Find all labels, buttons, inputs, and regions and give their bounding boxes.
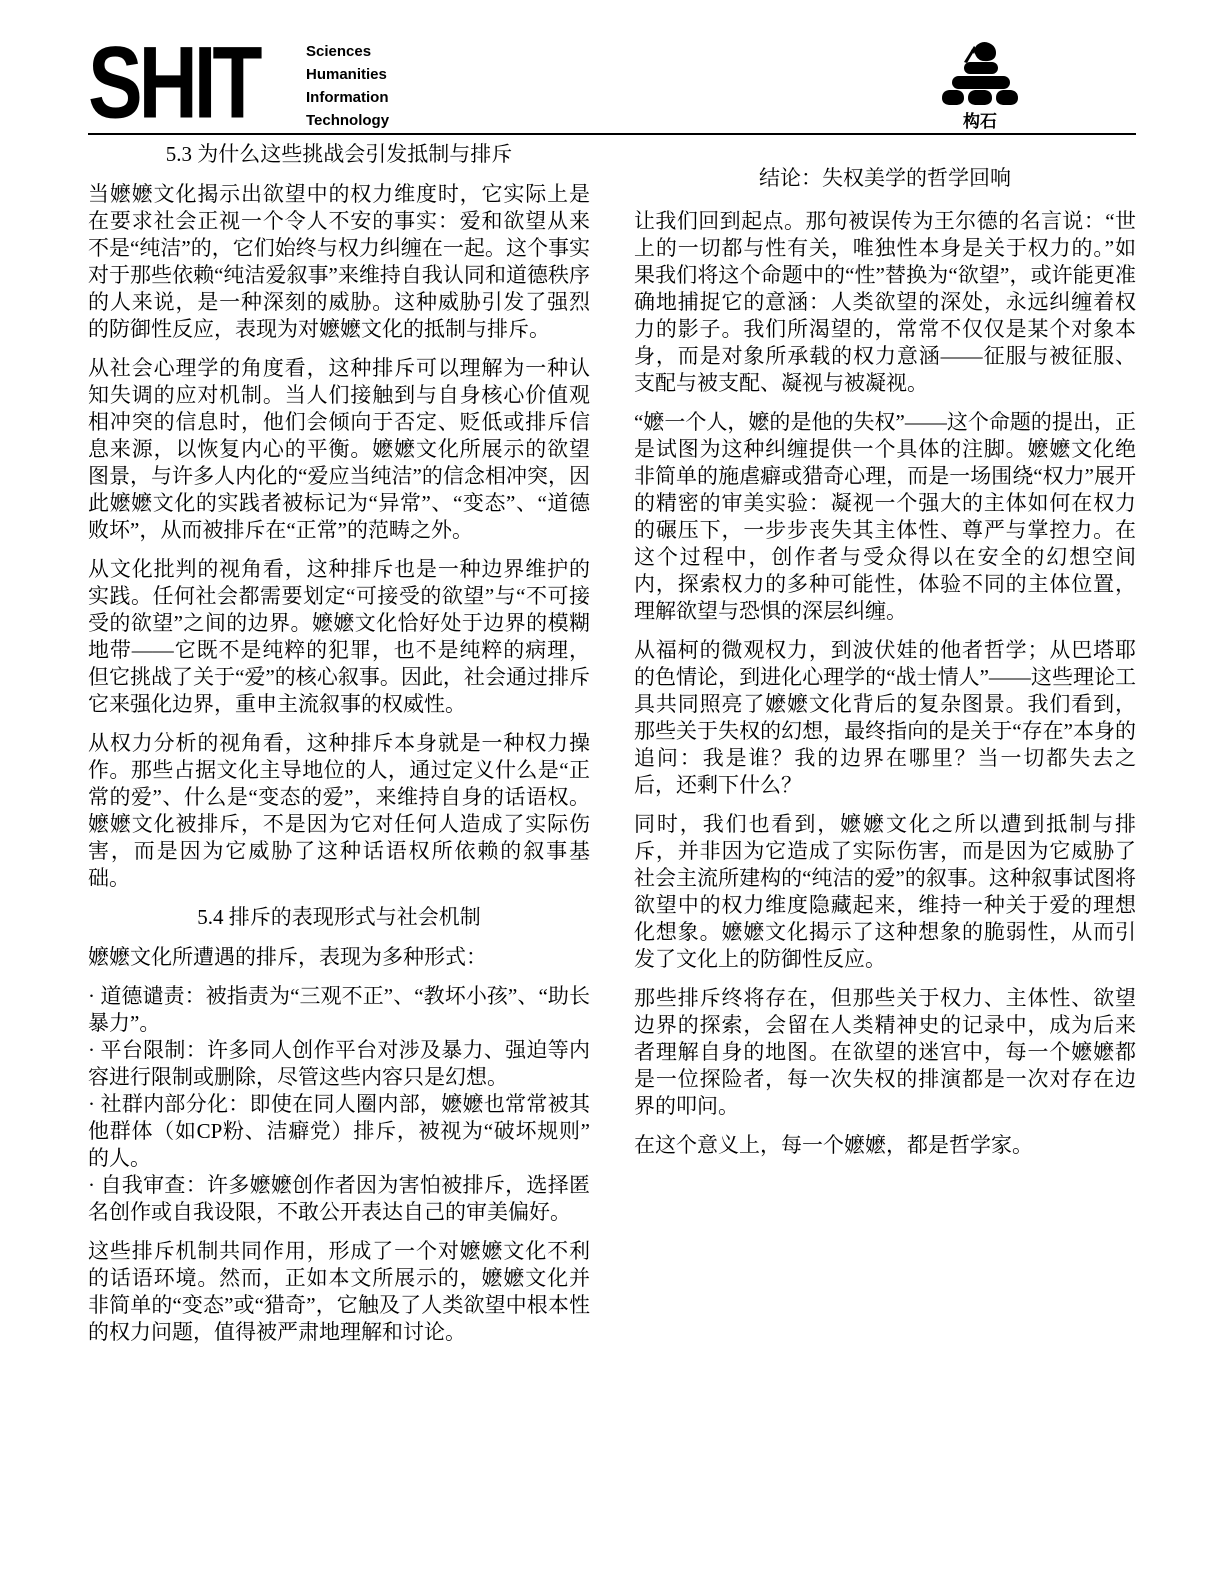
journal-logo-wordmark: SHIT [88,32,258,134]
bullet-item: · 自我审查：许多嬷嬷创作者因为害怕被排斥，选择匿名创作或自我设限，不敢公开表达… [88,1172,590,1226]
bullet-item: · 平台限制：许多同人创作平台对涉及暴力、强迫等内容进行限制或删除，尽管这些内容… [88,1037,590,1091]
paragraph: 当嬷嬷文化揭示出欲望中的权力维度时，它实际上是在要求社会正视一个令人不安的事实：… [88,181,590,343]
paragraph: “嬷一个人，嬷的是他的失权”——这个命题的提出，正是试图为这种纠缠提供一个具体的… [634,409,1136,625]
left-column: 5.3 为什么这些挑战会引发抵制与排斥 当嬷嬷文化揭示出欲望中的权力维度时，它实… [88,141,590,1346]
paper-page: SHIT Sciences Humanities Information Tec… [0,0,1224,1584]
publisher-seal: 构石 [932,40,1028,132]
paragraph: 在这个意义上，每一个嬷嬷，都是哲学家。 [634,1132,1136,1159]
tagline-line: Humanities [306,63,389,86]
journal-masthead: SHIT Sciences Humanities Information Tec… [88,36,1136,132]
paragraph: 同时，我们也看到，嬷嬷文化之所以遭到抵制与排斥，并非因为它造成了实际伤害，而是因… [634,811,1136,973]
paragraph: 那些排斥终将存在，但那些关于权力、主体性、欲望边界的探索，会留在人类精神史的记录… [634,985,1136,1120]
tagline-line: Information [306,86,389,109]
bullet-item: · 社群内部分化：即使在同人圈内部，嬷嬷也常常被其他群体（如CP粉、洁癖党）排斥… [88,1091,590,1172]
bullet-item: · 道德谴责：被指责为“三观不正”、“教坏小孩”、“助长暴力”。 [88,983,590,1037]
paragraph: 这些排斥机制共同作用，形成了一个对嬷嬷文化不利的话语环境。然而，正如本文所展示的… [88,1238,590,1346]
tagline-line: Technology [306,109,389,132]
header-divider [88,133,1136,135]
paragraph: 从文化批判的视角看，这种排斥也是一种边界维护的实践。任何社会都需要划定“可接受的… [88,556,590,718]
stone-cairn-icon [932,40,1028,106]
paragraph: 从社会心理学的角度看，这种排斥可以理解为一种认知失调的应对机制。当人们接触到与自… [88,355,590,544]
section-heading-5-3: 5.3 为什么这些挑战会引发抵制与排斥 [88,141,590,168]
paragraph: 从福柯的微观权力，到波伏娃的他者哲学；从巴塔耶的色情论，到进化心理学的“战士情人… [634,637,1136,799]
right-column: 结论：失权美学的哲学回响 让我们回到起点。那句被误传为王尔德的名言说：“世上的一… [634,141,1136,1346]
paragraph: 嬷嬷文化所遭遇的排斥，表现为多种形式： [88,944,590,971]
article-body: 5.3 为什么这些挑战会引发抵制与排斥 当嬷嬷文化揭示出欲望中的权力维度时，它实… [88,141,1136,1346]
paragraph: 从权力分析的视角看，这种排斥本身就是一种权力操作。那些占据文化主导地位的人，通过… [88,730,590,892]
conclusion-heading: 结论：失权美学的哲学回响 [634,165,1136,192]
section-heading-5-4: 5.4 排斥的表现形式与社会机制 [88,904,590,931]
seal-label: 构石 [932,107,1028,132]
paragraph: 让我们回到起点。那句被误传为王尔德的名言说：“世上的一切都与性有关，唯独性本身是… [634,208,1136,397]
journal-tagline: Sciences Humanities Information Technolo… [306,40,389,132]
bullet-list: · 道德谴责：被指责为“三观不正”、“教坏小孩”、“助长暴力”。 · 平台限制：… [88,983,590,1226]
tagline-line: Sciences [306,40,389,63]
